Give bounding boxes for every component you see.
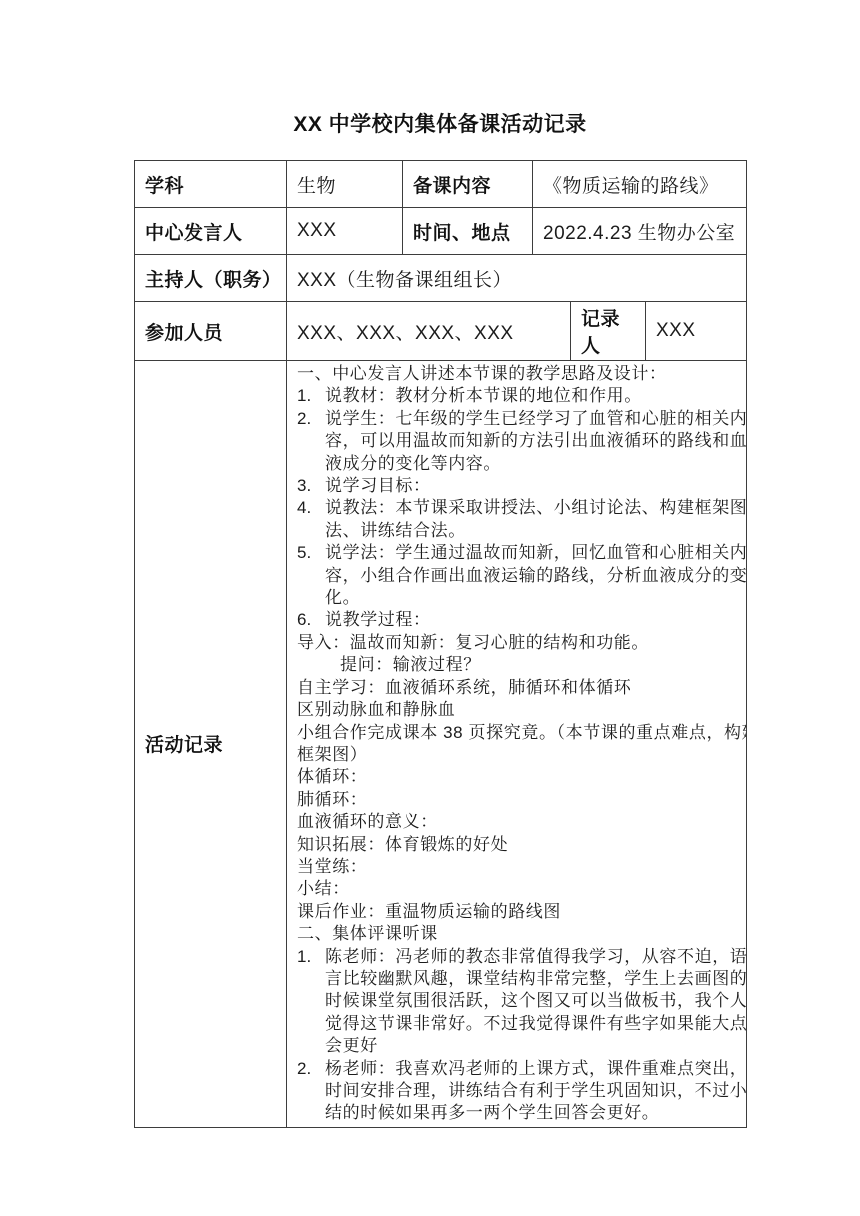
activity-line: 4.说教法：本节课采取讲授法、小组讨论法、构建框架图 [297,497,738,519]
activity-line: 2.杨老师：我喜欢冯老师的上课方式，课件重难点突出， [297,1058,738,1080]
line-text: 提问：输液过程？ [340,655,481,674]
table-row-host: 主持人（职务） XXX（生物备课组组长） [135,255,747,302]
list-number: 1. [297,385,325,407]
list-number: 2. [297,408,325,430]
host-value: XXX（生物备课组组长） [287,255,747,302]
activity-line: 会更好 [297,1035,738,1057]
line-text: 时间安排合理，讲练结合有利于学生巩固知识，不过小 [325,1081,747,1100]
record-document: XX 中学校内集体备课活动记录 学科 生物 备课内容 《物质运输的路线》 中心发… [134,108,746,1128]
activity-line: 容，小组合作画出血液运输的路线，分析血液成分的变 [297,565,738,587]
activity-line: 导入：温故而知新：复习心脏的结构和功能。 [297,632,738,654]
line-text: 知识拓展：体育锻炼的好处 [297,835,508,854]
subject-label: 学科 [135,161,287,208]
activity-record-label: 活动记录 [135,361,287,1128]
line-text: 血液循环的意义： [297,812,438,831]
line-text: 会更好 [325,1036,378,1055]
time-place-label: 时间、地点 [403,208,533,255]
activity-line: 5.说学法：学生通过温故而知新，回忆血管和心脏相关内 [297,542,738,564]
line-text: 液成分的变化等内容。 [325,454,501,473]
table-row-speaker: 中心发言人 XXX 时间、地点 2022.4.23 生物办公室 [135,208,747,255]
table-row-activity-record: 活动记录 一、中心发言人讲述本节课的教学思路及设计：1.说教材：教材分析本节课的… [135,361,747,1128]
activity-line: 法、讲练结合法。 [297,520,738,542]
activity-line: 言比较幽默风趣，课堂结构非常完整，学生上去画图的 [297,968,738,990]
recorder-label: 记录人 [571,302,646,361]
activity-line: 时间安排合理，讲练结合有利于学生巩固知识，不过小 [297,1080,738,1102]
line-text: 说教学过程： [325,610,431,629]
line-text: 小组合作完成课本 38 页探究竟。（本节课的重点难点，构建 [297,723,747,742]
activity-line: 一、中心发言人讲述本节课的教学思路及设计： [297,363,738,385]
line-text: 时候课堂氛围很活跃，这个图又可以当做板书，我个人 [325,991,747,1010]
central-speaker-value: XXX [287,208,403,255]
page-title: XX 中学校内集体备课活动记录 [134,108,746,138]
line-text: 肺循环： [297,790,367,809]
line-text: 说学法：学生通过温故而知新，回忆血管和心脏相关内 [325,543,747,562]
activity-line: 1.陈老师：冯老师的教态非常值得我学习，从容不迫，语 [297,946,738,968]
activity-line: 1.说教材：教材分析本节课的地位和作用。 [297,385,738,407]
participants-value: XXX、XXX、XXX、XXX [287,302,571,361]
activity-line: 2.说学生：七年级的学生已经学习了血管和心脏的相关内 [297,408,738,430]
line-text: 容，小组合作画出血液运输的路线，分析血液成分的变 [325,566,747,585]
list-number: 2. [297,1058,325,1080]
line-text: 容，可以用温故而知新的方法引出血液循环的路线和血 [325,431,747,450]
central-speaker-label: 中心发言人 [135,208,287,255]
activity-line: 化。 [297,587,738,609]
activity-line: 结的时候如果再多一两个学生回答会更好。 [297,1102,738,1124]
activity-line: 知识拓展：体育锻炼的好处 [297,834,738,856]
activity-line: 二、集体评课听课 [297,923,738,945]
activity-line: 时候课堂氛围很活跃，这个图又可以当做板书，我个人 [297,990,738,1012]
line-text: 体循环： [297,767,367,786]
line-text: 说教材：教材分析本节课的地位和作用。 [325,386,642,405]
line-text: 说教法：本节课采取讲授法、小组讨论法、构建框架图 [325,498,747,517]
activity-line: 肺循环： [297,789,738,811]
list-number: 3. [297,475,325,497]
line-text: 小结： [297,879,350,898]
activity-line: 课后作业：重温物质运输的路线图 [297,901,738,923]
activity-line: 小结： [297,878,738,900]
activity-line: 框架图） [297,744,738,766]
activity-line: 液成分的变化等内容。 [297,453,738,475]
list-number: 4. [297,497,325,519]
table-row-subject: 学科 生物 备课内容 《物质运输的路线》 [135,161,747,208]
lesson-content-label: 备课内容 [403,161,533,208]
line-text: 一、中心发言人讲述本节课的教学思路及设计： [297,364,667,383]
host-label: 主持人（职务） [135,255,287,302]
line-text: 陈老师：冯老师的教态非常值得我学习，从容不迫，语 [325,947,747,966]
line-text: 导入：温故而知新：复习心脏的结构和功能。 [297,633,649,652]
activity-lines: 一、中心发言人讲述本节课的教学思路及设计：1.说教材：教材分析本节课的地位和作用… [297,363,738,1125]
activity-line: 体循环： [297,766,738,788]
list-number: 1. [297,946,325,968]
activity-line: 区别动脉血和静脉血 [297,699,738,721]
time-place-value: 2022.4.23 生物办公室 [533,208,747,255]
activity-record-content: 一、中心发言人讲述本节课的教学思路及设计：1.说教材：教材分析本节课的地位和作用… [287,361,747,1128]
activity-line: 提问：输液过程？ [297,654,738,676]
line-text: 化。 [325,588,360,607]
lesson-content-value: 《物质运输的路线》 [533,161,747,208]
activity-line: 自主学习：血液循环系统，肺循环和体循环 [297,677,738,699]
activity-line: 觉得这节课非常好。不过我觉得课件有些字如果能大点 [297,1013,738,1035]
activity-line: 小组合作完成课本 38 页探究竟。（本节课的重点难点，构建 [297,722,738,744]
activity-line: 当堂练： [297,856,738,878]
participants-label: 参加人员 [135,302,287,361]
line-text: 说学习目标： [325,476,431,495]
line-text: 区别动脉血和静脉血 [297,700,455,719]
line-text: 结的时候如果再多一两个学生回答会更好。 [325,1103,659,1122]
list-number: 5. [297,542,325,564]
activity-line: 3.说学习目标： [297,475,738,497]
line-text: 觉得这节课非常好。不过我觉得课件有些字如果能大点 [325,1014,747,1033]
recorder-value: XXX [646,302,747,361]
line-text: 自主学习：血液循环系统，肺循环和体循环 [297,678,631,697]
line-text: 杨老师：我喜欢冯老师的上课方式，课件重难点突出， [325,1059,747,1078]
line-text: 当堂练： [297,857,367,876]
line-text: 二、集体评课听课 [297,924,438,943]
line-text: 说学生：七年级的学生已经学习了血管和心脏的相关内 [325,409,747,428]
line-text: 法、讲练结合法。 [325,521,466,540]
activity-line: 6.说教学过程： [297,609,738,631]
line-text: 框架图） [297,745,367,764]
line-text: 课后作业：重温物质运输的路线图 [297,902,561,921]
document-page: XX 中学校内集体备课活动记录 学科 生物 备课内容 《物质运输的路线》 中心发… [0,0,860,1216]
activity-line: 血液循环的意义： [297,811,738,833]
table-row-participants: 参加人员 XXX、XXX、XXX、XXX 记录人 XXX [135,302,747,361]
subject-value: 生物 [287,161,403,208]
activity-line: 容，可以用温故而知新的方法引出血液循环的路线和血 [297,430,738,452]
record-table: 学科 生物 备课内容 《物质运输的路线》 中心发言人 XXX 时间、地点 202… [134,160,747,1128]
list-number: 6. [297,609,325,631]
line-text: 言比较幽默风趣，课堂结构非常完整，学生上去画图的 [325,969,747,988]
